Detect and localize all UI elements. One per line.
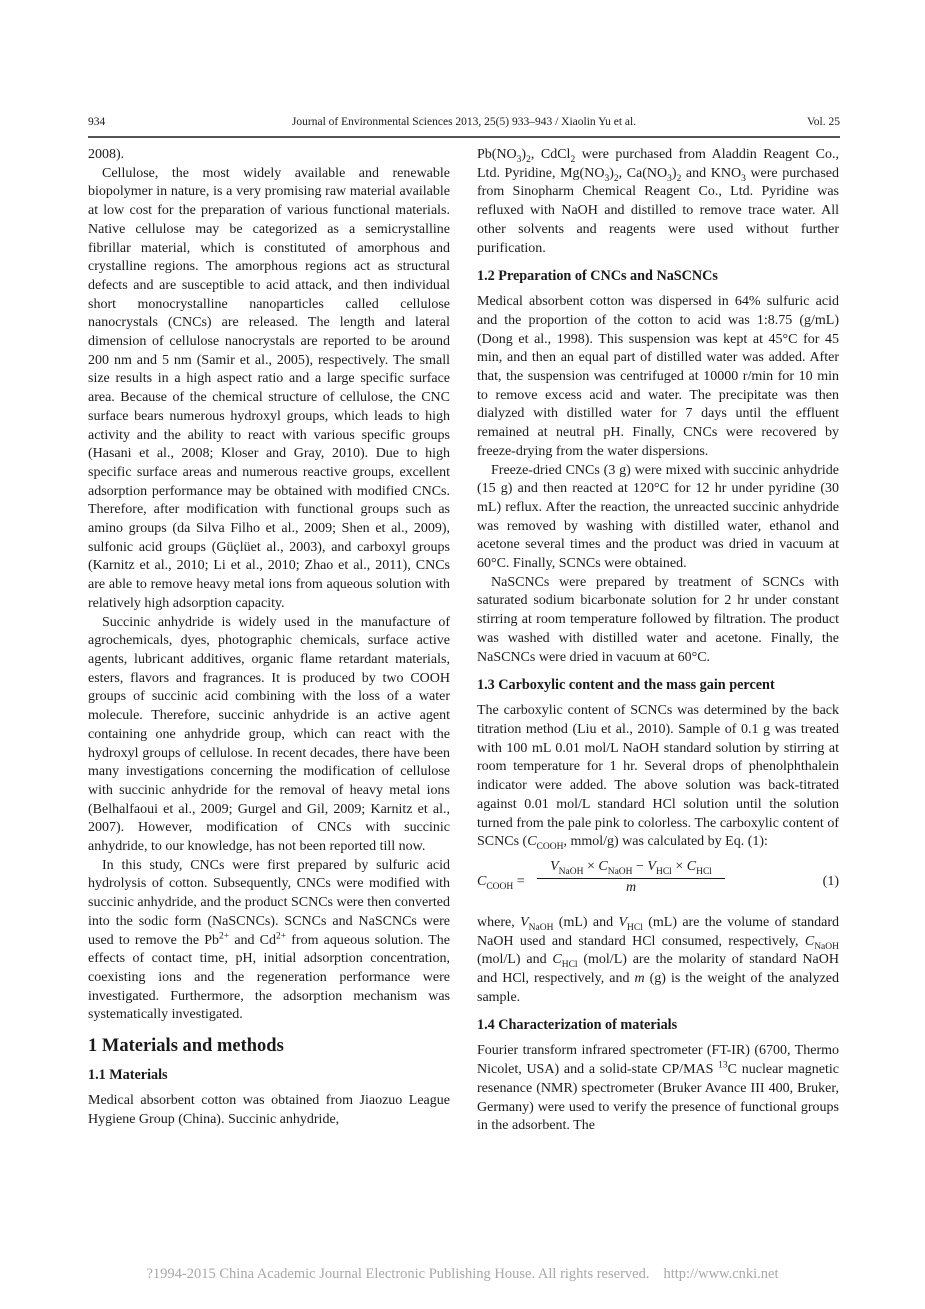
equation-fraction: VNaOH × CNaOH − VHCl × CHCl m (537, 858, 725, 897)
paragraph: NaSCNCs were prepared by treatment of SC… (477, 574, 839, 668)
header-rule (88, 136, 840, 138)
subsection-heading: 1.4 Characterization of materials (477, 1016, 839, 1034)
equation-numerator: VNaOH × CNaOH − VHCl × CHCl (537, 858, 725, 879)
paragraph: Succinic anhydride is widely used in the… (88, 614, 450, 857)
equation-denominator: m (537, 879, 725, 898)
right-column: Pb(NO3)2, CdCl2 were purchased from Alad… (477, 146, 839, 1136)
running-header: 934 Journal of Environmental Sciences 20… (88, 116, 840, 134)
paragraph: Cellulose, the most widely available and… (88, 165, 450, 614)
copyright-footer: ?1994-2015 China Academic Journal Electr… (0, 1266, 925, 1283)
journal-citation: Journal of Environmental Sciences 2013, … (88, 116, 840, 128)
left-column: 2008). Cellulose, the most widely availa… (88, 146, 450, 1129)
paragraph: The carboxylic content of SCNCs was dete… (477, 702, 839, 852)
equation-1: CCOOH = VNaOH × CNaOH − VHCl × CHCl m (1… (477, 858, 839, 910)
equation-lhs: CCOOH = (477, 873, 525, 892)
copyright-text: ?1994-2015 China Academic Journal Electr… (146, 1266, 649, 1282)
paragraph: Pb(NO3)2, CdCl2 were purchased from Alad… (477, 146, 839, 258)
footer-url[interactable]: http://www.cnki.net (663, 1266, 778, 1282)
paragraph: Medical absorbent cotton was dispersed i… (477, 293, 839, 461)
volume-label: Vol. 25 (807, 116, 840, 128)
paragraph: Freeze-dried CNCs (3 g) were mixed with … (477, 462, 839, 574)
subsection-heading: 1.3 Carboxylic content and the mass gain… (477, 676, 839, 694)
subsection-heading: 1.1 Materials (88, 1066, 450, 1084)
paragraph: where, VNaOH (mL) and VHCl (mL) are the … (477, 914, 839, 1008)
equation-number: (1) (823, 873, 839, 892)
paragraph: Fourier transform infrared spectrometer … (477, 1042, 839, 1136)
subsection-heading: 1.2 Preparation of CNCs and NaSCNCs (477, 267, 839, 285)
section-heading: 1 Materials and methods (88, 1035, 450, 1057)
paragraph: Medical absorbent cotton was obtained fr… (88, 1092, 450, 1129)
paragraph: 2008). (88, 146, 450, 165)
paragraph: In this study, CNCs were first prepared … (88, 857, 450, 1025)
